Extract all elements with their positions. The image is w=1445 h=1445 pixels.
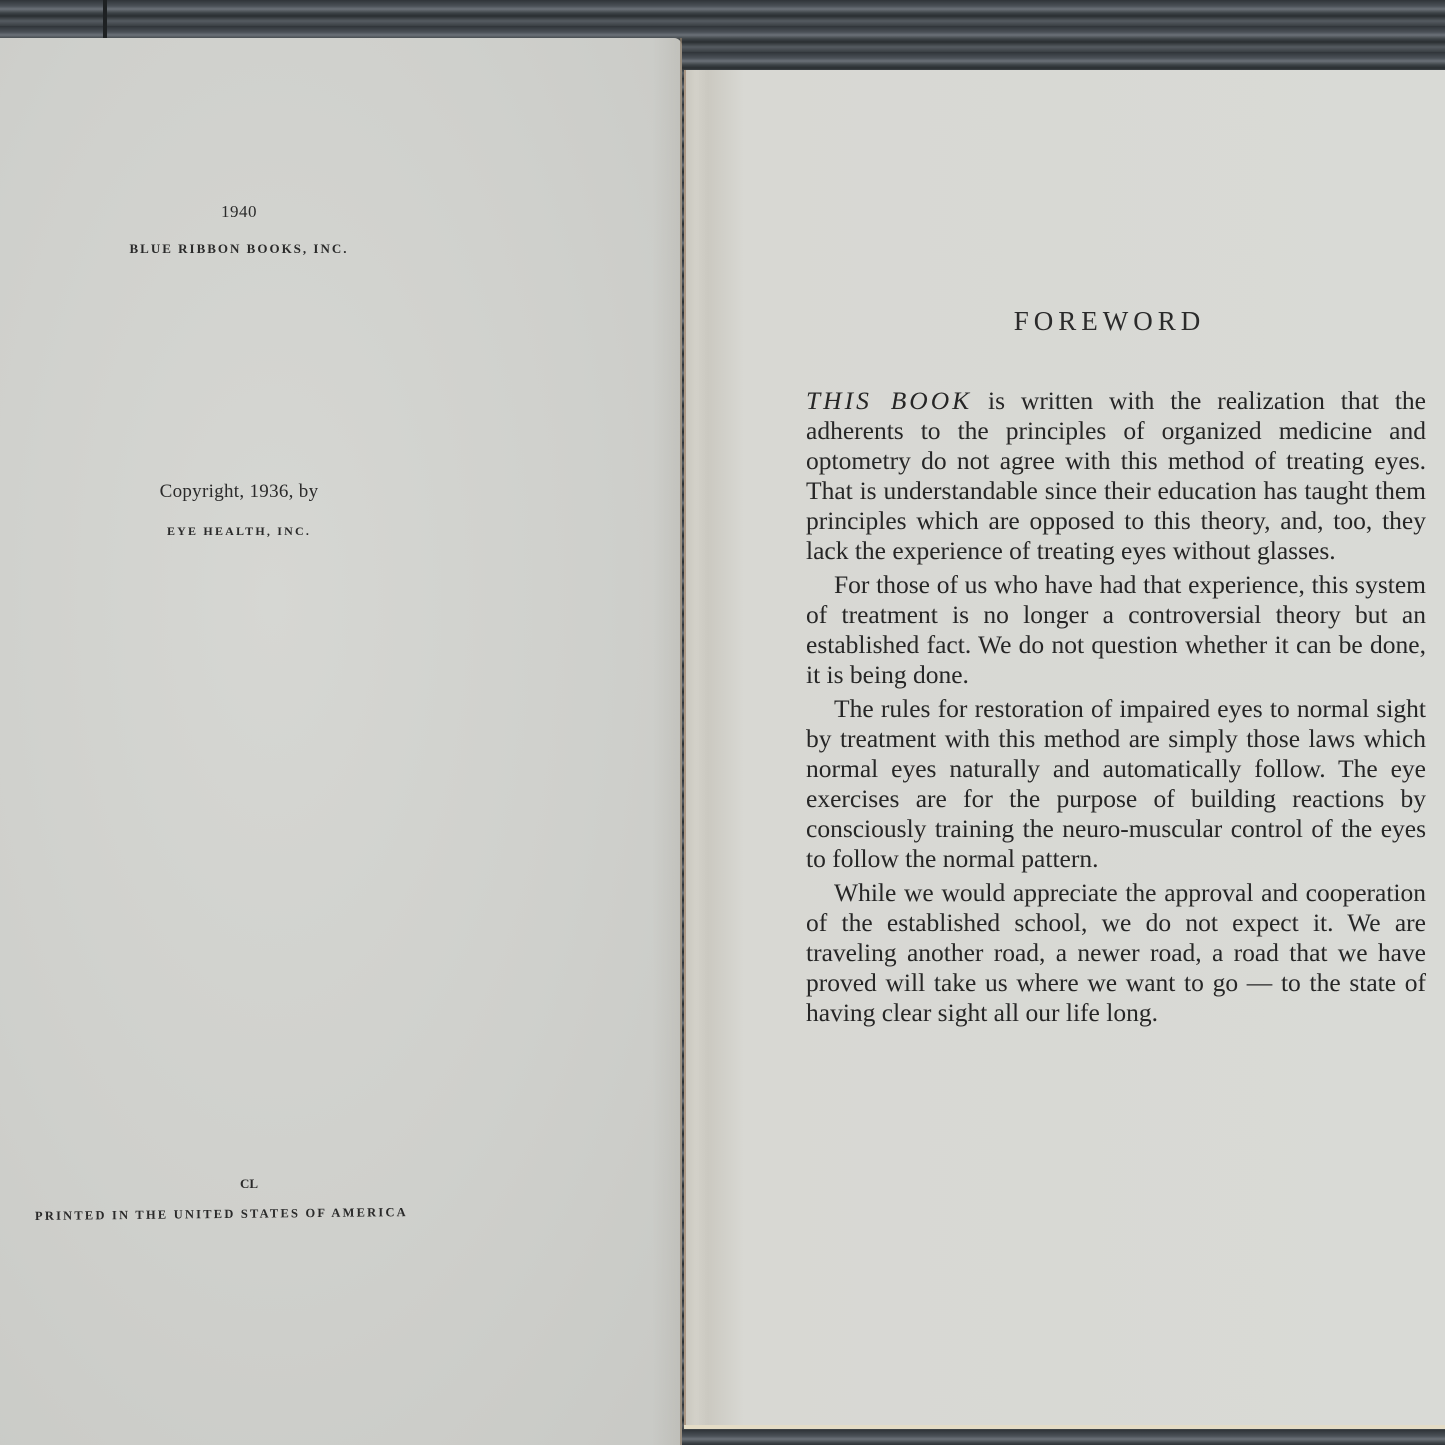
spine-crease	[684, 70, 686, 1425]
copyright-line: Copyright, 1936, by	[0, 481, 478, 503]
printer-mark: CL	[0, 1176, 498, 1192]
foreword-paragraph-3: The rules for restoration of impaired ey…	[806, 694, 1426, 874]
foreword-title: FOREWORD	[684, 306, 1445, 337]
foreword-lead-words: THIS BOOK	[806, 386, 972, 415]
foreword-paragraph-2: For those of us who have had that experi…	[806, 570, 1426, 690]
left-gutter-shadow	[652, 38, 682, 1445]
table-plank-seam	[103, 0, 107, 40]
left-page-edge	[680, 38, 682, 1445]
foreword-body: THIS BOOK is written with the realizatio…	[806, 386, 1426, 1032]
foreword-paragraph-4: While we would appreciate the approval a…	[806, 878, 1426, 1028]
foreword-paragraph-1: THIS BOOK is written with the realizatio…	[806, 386, 1426, 566]
copyright-owner: EYE HEALTH, INC.	[0, 524, 478, 539]
right-page-bottom-edge	[684, 1425, 1445, 1429]
publication-year: 1940	[0, 202, 478, 222]
publisher-name: BLUE RIBBON BOOKS, INC.	[0, 241, 478, 257]
